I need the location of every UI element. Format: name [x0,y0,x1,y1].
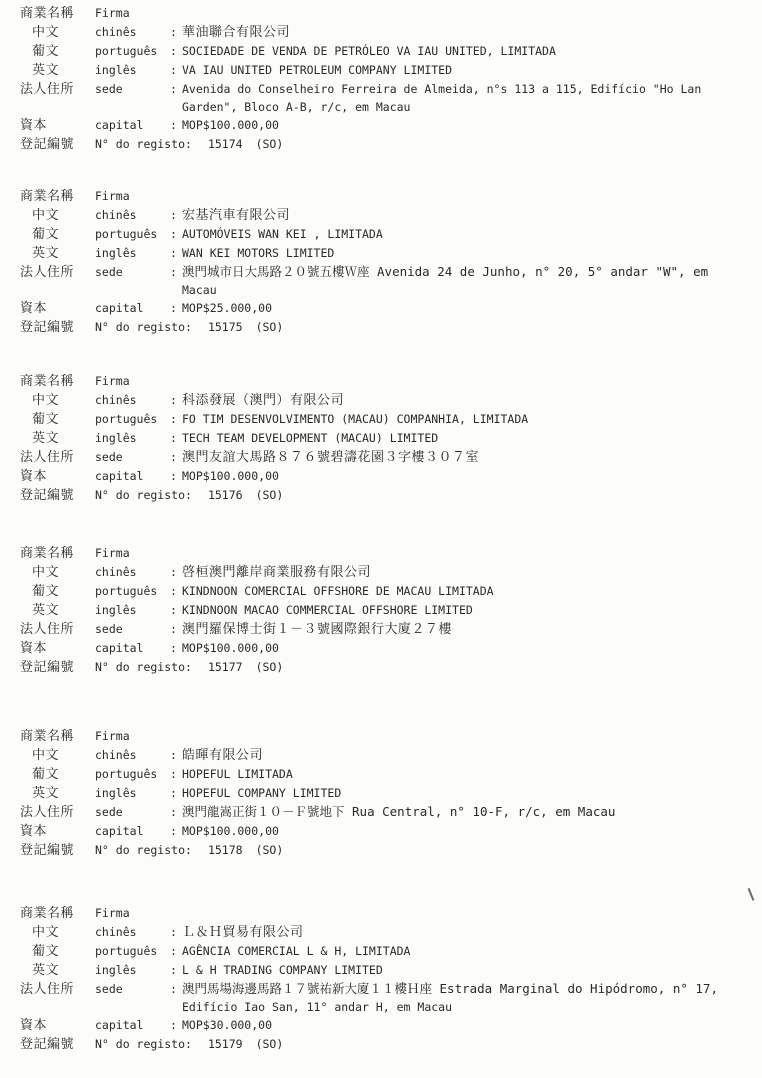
portuguese-name-row: 葡文 português :KINDNOON COMERCIAL OFFSHOR… [20,582,756,601]
english-name-value: :TECH TEAM DEVELOPMENT (MACAU) LIMITED [170,429,756,447]
chinese-name-row: 中文 chinês :Ｌ＆Ｈ貿易有限公司 [20,923,756,942]
capital-row: 資本 capital :MOP$100.000,00 [20,639,756,658]
chinese-name-row: 中文 chinês :宏基汽車有限公司 [20,206,756,225]
label-address-zh: 法人住所 [20,621,95,639]
label-capital-pt: capital [95,1016,170,1034]
address-line: 澳門城市日大馬路２０號五樓Ｗ座 Avenida 24 de Junho, n° … [182,263,756,281]
registry-code: (SO) [256,486,284,504]
label-capital-zh: 資本 [20,117,95,135]
portuguese-name-value: :AUTOMÓVEIS WAN KEI , LIMITADA [170,225,756,243]
label-business-name-pt: Firma [95,372,170,390]
label-business-name-zh: 商業名稱 [20,728,95,746]
label-business-name-pt: Firma [95,727,170,745]
label-address-pt: sede [95,448,170,466]
address-value: :Avenida do Conselheiro Ferreira de Alme… [170,80,756,116]
colon: : [170,263,182,281]
address-row: 法人住所 sede :澳門友誼大馬路８７６號碧濤花園３字樓３０７室 [20,448,756,467]
registry-number-row: 登記編號 N° do registo: 15175 (SO) [20,318,756,337]
chinese-name-value: :宏基汽車有限公司 [170,206,756,225]
business-name-row: 商業名稱 Firma [20,372,756,391]
capital-row: 資本 capital :MOP$100.000,00 [20,822,756,841]
label-english-zh: 英文 [20,430,95,448]
portuguese-name-row: 葡文 português :SOCIEDADE DE VENDA DE PETR… [20,42,756,61]
chinese-name-row: 中文 chinês :華油聯合有限公司 [20,23,756,42]
chinese-name-value: :啓桓澳門離岸商業服務有限公司 [170,563,756,582]
colon: : [170,923,182,941]
portuguese-name-row: 葡文 português :HOPEFUL LIMITADA [20,765,756,784]
registry-code: (SO) [256,1035,284,1053]
label-portuguese-zh: 葡文 [20,226,95,244]
address-line: 澳門羅保博士街１－３號國際銀行大廈２７樓 [182,621,756,639]
registry-entry: 商業名稱 Firma 中文 chinês :科添發展（澳門）有限公司 葡文 po… [20,372,756,505]
registry-number: 15176 [208,486,243,504]
english-name-value: :KINDNOON MACAO COMMERCIAL OFFSHORE LIMI… [170,601,756,619]
registry-code: (SO) [256,658,284,676]
label-portuguese-pt: português [95,42,170,60]
portuguese-name-value: :KINDNOON COMERCIAL OFFSHORE DE MACAU LI… [170,582,756,600]
label-chinese-pt: chinês [95,746,170,764]
scan-artifact-mark [748,888,754,901]
label-chinese-pt: chinês [95,391,170,409]
label-registry-zh: 登記編號 [20,1036,95,1054]
label-portuguese-zh: 葡文 [20,411,95,429]
label-registry-pt: N° do registo: [95,1035,192,1053]
registry-entry: 商業名稱 Firma 中文 chinês :宏基汽車有限公司 葡文 portug… [20,187,756,337]
address-line: 澳門龍嵩正街１０－Ｆ號地下 Rua Central, n° 10-F, r/c,… [182,803,756,821]
registry-entry: 商業名稱 Firma 中文 chinês :皓暉有限公司 葡文 portuguê… [20,727,756,860]
chinese-name-row: 中文 chinês :皓暉有限公司 [20,746,756,765]
colon: : [170,620,182,638]
registry-number: 15174 [208,135,243,153]
english-name-row: 英文 inglês :TECH TEAM DEVELOPMENT (MACAU)… [20,429,756,448]
capital-row: 資本 capital :MOP$100.000,00 [20,116,756,135]
english-name-value: :L & H TRADING COMPANY LIMITED [170,961,756,979]
colon: : [170,601,182,619]
label-address-pt: sede [95,263,170,281]
label-capital-pt: capital [95,116,170,134]
label-address-zh: 法人住所 [20,449,95,467]
label-portuguese-pt: português [95,765,170,783]
label-chinese-zh: 中文 [20,747,95,765]
label-address-pt: sede [95,803,170,821]
registry-number-row: 登記編號 N° do registo: 15177 (SO) [20,658,756,677]
english-name-value: :VA IAU UNITED PETROLEUM COMPANY LIMITED [170,61,756,79]
colon: : [170,1016,182,1034]
colon: : [170,784,182,802]
colon: : [170,765,182,783]
address-row: 法人住所 sede :澳門城市日大馬路２０號五樓Ｗ座 Avenida 24 de… [20,263,756,299]
label-business-name-zh: 商業名稱 [20,373,95,391]
address-value: :澳門城市日大馬路２０號五樓Ｗ座 Avenida 24 de Junho, n°… [170,263,756,299]
label-chinese-zh: 中文 [20,924,95,942]
label-address-zh: 法人住所 [20,81,95,99]
colon: : [170,448,182,466]
portuguese-name-value: :HOPEFUL LIMITADA [170,765,756,783]
label-address-zh: 法人住所 [20,264,95,282]
label-capital-zh: 資本 [20,1017,95,1035]
colon: : [170,563,182,581]
address-line: Garden", Bloco A-B, r/c, em Macau [182,98,756,116]
business-name-row: 商業名稱 Firma [20,4,756,23]
address-line: Macau [182,281,756,299]
business-name-row: 商業名稱 Firma [20,727,756,746]
label-english-zh: 英文 [20,602,95,620]
colon: : [170,942,182,960]
label-registry-pt: N° do registo: [95,658,192,676]
colon: : [170,206,182,224]
label-portuguese-zh: 葡文 [20,943,95,961]
colon: : [170,410,182,428]
registry-entry: 商業名稱 Firma 中文 chinês :華油聯合有限公司 葡文 portug… [20,4,756,154]
capital-value: :MOP$100.000,00 [170,822,756,840]
label-english-zh: 英文 [20,62,95,80]
colon: : [170,116,182,134]
colon: : [170,582,182,600]
label-registry-zh: 登記編號 [20,659,95,677]
colon: : [170,23,182,41]
label-portuguese-zh: 葡文 [20,43,95,61]
portuguese-name-value: :AGÊNCIA COMERCIAL L & H, LIMITADA [170,942,756,960]
label-address-zh: 法人住所 [20,804,95,822]
address-value: :澳門龍嵩正街１０－Ｆ號地下 Rua Central, n° 10-F, r/c… [170,803,756,821]
chinese-name-value: :科添發展（澳門）有限公司 [170,391,756,410]
colon: : [170,244,182,262]
registry-code: (SO) [256,318,284,336]
label-chinese-zh: 中文 [20,564,95,582]
business-name-row: 商業名稱 Firma [20,544,756,563]
english-name-value: :HOPEFUL COMPANY LIMITED [170,784,756,802]
colon: : [170,803,182,821]
registry-entry: 商業名稱 Firma 中文 chinês :Ｌ＆Ｈ貿易有限公司 葡文 portu… [20,904,756,1054]
colon: : [170,639,182,657]
portuguese-name-row: 葡文 português :FO TIM DESENVOLVIMENTO (MA… [20,410,756,429]
registry-code: (SO) [256,135,284,153]
english-name-row: 英文 inglês :WAN KEI MOTORS LIMITED [20,244,756,263]
label-english-zh: 英文 [20,245,95,263]
label-english-pt: inglês [95,784,170,802]
label-address-zh: 法人住所 [20,981,95,999]
label-capital-zh: 資本 [20,468,95,486]
capital-value: :MOP$25.000,00 [170,299,756,317]
business-name-row: 商業名稱 Firma [20,904,756,923]
capital-row: 資本 capital :MOP$25.000,00 [20,299,756,318]
colon: : [170,225,182,243]
label-portuguese-pt: português [95,942,170,960]
portuguese-name-row: 葡文 português :AGÊNCIA COMERCIAL L & H, L… [20,942,756,961]
chinese-name-value: :Ｌ＆Ｈ貿易有限公司 [170,923,756,942]
label-portuguese-zh: 葡文 [20,583,95,601]
address-line: Avenida do Conselheiro Ferreira de Almei… [182,80,756,98]
colon: : [170,42,182,60]
label-capital-zh: 資本 [20,300,95,318]
label-business-name-zh: 商業名稱 [20,188,95,206]
registry-number-row: 登記編號 N° do registo: 15178 (SO) [20,841,756,860]
colon: : [170,80,182,98]
portuguese-name-value: :SOCIEDADE DE VENDA DE PETRÓLEO VA IAU U… [170,42,756,60]
capital-value: :MOP$100.000,00 [170,467,756,485]
label-capital-pt: capital [95,822,170,840]
label-business-name-zh: 商業名稱 [20,545,95,563]
colon: : [170,61,182,79]
label-capital-pt: capital [95,639,170,657]
portuguese-name-row: 葡文 português :AUTOMÓVEIS WAN KEI , LIMIT… [20,225,756,244]
registry-number: 15179 [208,1035,243,1053]
colon: : [170,467,182,485]
chinese-name-row: 中文 chinês :啓桓澳門離岸商業服務有限公司 [20,563,756,582]
registry-number-row: 登記編號 N° do registo: 15179 (SO) [20,1035,756,1054]
business-name-row: 商業名稱 Firma [20,187,756,206]
chinese-name-value: :華油聯合有限公司 [170,23,756,42]
label-chinese-pt: chinês [95,23,170,41]
colon: : [170,391,182,409]
label-capital-zh: 資本 [20,823,95,841]
label-portuguese-pt: português [95,225,170,243]
colon: : [170,429,182,447]
label-chinese-zh: 中文 [20,24,95,42]
label-english-pt: inglês [95,61,170,79]
registry-number: 15178 [208,841,243,859]
label-registry-pt: N° do registo: [95,135,192,153]
label-chinese-pt: chinês [95,563,170,581]
label-capital-pt: capital [95,299,170,317]
label-address-pt: sede [95,980,170,998]
label-registry-pt: N° do registo: [95,486,192,504]
capital-row: 資本 capital :MOP$30.000,00 [20,1016,756,1035]
label-chinese-zh: 中文 [20,392,95,410]
registry-number-row: 登記編號 N° do registo: 15176 (SO) [20,486,756,505]
label-registry-pt: N° do registo: [95,318,192,336]
english-name-row: 英文 inglês :VA IAU UNITED PETROLEUM COMPA… [20,61,756,80]
label-registry-zh: 登記編號 [20,842,95,860]
address-row: 法人住所 sede :Avenida do Conselheiro Ferrei… [20,80,756,116]
english-name-row: 英文 inglês :HOPEFUL COMPANY LIMITED [20,784,756,803]
registry-code: (SO) [256,841,284,859]
label-chinese-zh: 中文 [20,207,95,225]
label-english-pt: inglês [95,961,170,979]
label-english-zh: 英文 [20,962,95,980]
capital-value: :MOP$30.000,00 [170,1016,756,1034]
label-address-pt: sede [95,80,170,98]
label-registry-zh: 登記編號 [20,136,95,154]
label-english-pt: inglês [95,429,170,447]
chinese-name-value: :皓暉有限公司 [170,746,756,765]
label-registry-zh: 登記編號 [20,319,95,337]
label-business-name-pt: Firma [95,187,170,205]
address-line: 澳門馬場海邊馬路１７號祐新大廈１１樓Ｈ座 Estrada Marginal do… [182,980,756,998]
address-value: :澳門友誼大馬路８７６號碧濤花園３字樓３０７室 [170,448,756,467]
address-row: 法人住所 sede :澳門羅保博士街１－３號國際銀行大廈２７樓 [20,620,756,639]
registry-number: 15177 [208,658,243,676]
label-chinese-pt: chinês [95,923,170,941]
colon: : [170,961,182,979]
label-portuguese-pt: português [95,582,170,600]
english-name-row: 英文 inglês :L & H TRADING COMPANY LIMITED [20,961,756,980]
address-value: :澳門馬場海邊馬路１７號祐新大廈１１樓Ｈ座 Estrada Marginal d… [170,980,756,1016]
colon: : [170,822,182,840]
label-business-name-pt: Firma [95,4,170,22]
address-value: :澳門羅保博士街１－３號國際銀行大廈２７樓 [170,620,756,639]
label-english-zh: 英文 [20,785,95,803]
chinese-name-row: 中文 chinês :科添發展（澳門）有限公司 [20,391,756,410]
address-line: Edifício Iao San, 11° andar H, em Macau [182,998,756,1016]
english-name-value: :WAN KEI MOTORS LIMITED [170,244,756,262]
label-capital-zh: 資本 [20,640,95,658]
label-business-name-pt: Firma [95,904,170,922]
label-address-pt: sede [95,620,170,638]
label-business-name-zh: 商業名稱 [20,905,95,923]
colon: : [170,299,182,317]
address-row: 法人住所 sede :澳門馬場海邊馬路１７號祐新大廈１１樓Ｈ座 Estrada … [20,980,756,1016]
label-business-name-zh: 商業名稱 [20,5,95,23]
address-row: 法人住所 sede :澳門龍嵩正街１０－Ｆ號地下 Rua Central, n°… [20,803,756,822]
label-portuguese-zh: 葡文 [20,766,95,784]
english-name-row: 英文 inglês :KINDNOON MACAO COMMERCIAL OFF… [20,601,756,620]
colon: : [170,746,182,764]
label-capital-pt: capital [95,467,170,485]
label-registry-pt: N° do registo: [95,841,192,859]
label-business-name-pt: Firma [95,544,170,562]
registry-number: 15175 [208,318,243,336]
capital-value: :MOP$100.000,00 [170,116,756,134]
colon: : [170,980,182,998]
portuguese-name-value: :FO TIM DESENVOLVIMENTO (MACAU) COMPANHI… [170,410,756,428]
label-english-pt: inglês [95,601,170,619]
capital-row: 資本 capital :MOP$100.000,00 [20,467,756,486]
address-line: 澳門友誼大馬路８７６號碧濤花園３字樓３０７室 [182,449,756,467]
label-english-pt: inglês [95,244,170,262]
registry-entry: 商業名稱 Firma 中文 chinês :啓桓澳門離岸商業服務有限公司 葡文 … [20,544,756,677]
label-registry-zh: 登記編號 [20,487,95,505]
label-chinese-pt: chinês [95,206,170,224]
capital-value: :MOP$100.000,00 [170,639,756,657]
registry-number-row: 登記編號 N° do registo: 15174 (SO) [20,135,756,154]
label-portuguese-pt: português [95,410,170,428]
